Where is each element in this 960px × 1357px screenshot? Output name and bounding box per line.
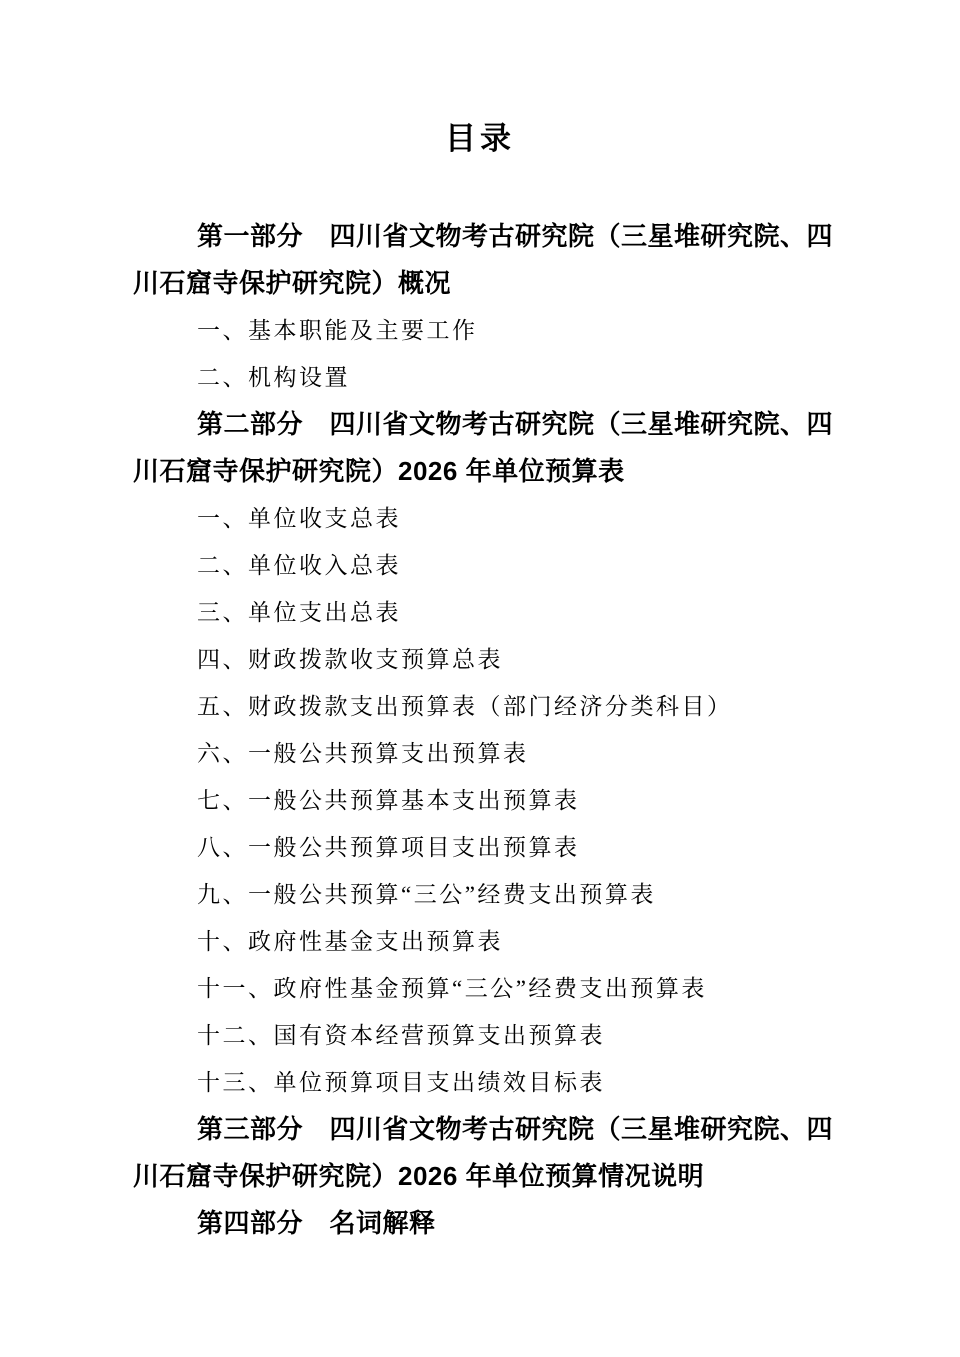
- toc-item-entry: 七、一般公共预算基本支出预算表: [133, 777, 834, 824]
- toc-entry-line: 第三部分 四川省文物考古研究院（三星堆研究院、四: [133, 1106, 834, 1153]
- toc-entry-line: 二、单位收入总表: [133, 542, 834, 589]
- toc-item-entry: 一、基本职能及主要工作: [133, 307, 834, 354]
- toc-item-entry: 四、财政拨款收支预算总表: [133, 636, 834, 683]
- toc-entry-line: 十一、政府性基金预算“三公”经费支出预算表: [133, 965, 834, 1012]
- toc-item-entry: 六、一般公共预算支出预算表: [133, 730, 834, 777]
- toc-entry-line: 第四部分 名词解释: [133, 1200, 834, 1247]
- document-page: 目录 第一部分 四川省文物考古研究院（三星堆研究院、四川石窟寺保护研究院）概况一…: [0, 0, 960, 1357]
- toc-section-entry: 第四部分 名词解释: [133, 1200, 834, 1247]
- toc-item-entry: 十、政府性基金支出预算表: [133, 918, 834, 965]
- toc-entry-line: 一、基本职能及主要工作: [133, 307, 834, 354]
- toc-entry-line: 八、一般公共预算项目支出预算表: [133, 824, 834, 871]
- toc-entry-line: 三、单位支出总表: [133, 589, 834, 636]
- toc-section-entry: 第三部分 四川省文物考古研究院（三星堆研究院、四川石窟寺保护研究院）2026 年…: [133, 1106, 834, 1200]
- toc-entry-line: 十二、国有资本经营预算支出预算表: [133, 1012, 834, 1059]
- toc-entry-line: 十、政府性基金支出预算表: [133, 918, 834, 965]
- toc-entry-line: 第一部分 四川省文物考古研究院（三星堆研究院、四: [133, 213, 834, 260]
- toc-item-entry: 二、机构设置: [133, 354, 834, 401]
- toc-entry-line: 二、机构设置: [133, 354, 834, 401]
- page-title: 目录: [0, 122, 960, 155]
- toc-item-entry: 十三、单位预算项目支出绩效目标表: [133, 1059, 834, 1106]
- toc-item-entry: 三、单位支出总表: [133, 589, 834, 636]
- toc-section-entry: 第二部分 四川省文物考古研究院（三星堆研究院、四川石窟寺保护研究院）2026 年…: [133, 401, 834, 495]
- toc-entry-line: 川石窟寺保护研究院）概况: [133, 260, 834, 307]
- toc-item-entry: 五、财政拨款支出预算表（部门经济分类科目）: [133, 683, 834, 730]
- toc-entry-line: 四、财政拨款收支预算总表: [133, 636, 834, 683]
- toc-item-entry: 八、一般公共预算项目支出预算表: [133, 824, 834, 871]
- toc-item-entry: 十一、政府性基金预算“三公”经费支出预算表: [133, 965, 834, 1012]
- toc-list: 第一部分 四川省文物考古研究院（三星堆研究院、四川石窟寺保护研究院）概况一、基本…: [133, 213, 834, 1247]
- toc-entry-line: 九、一般公共预算“三公”经费支出预算表: [133, 871, 834, 918]
- toc-entry-line: 一、单位收支总表: [133, 495, 834, 542]
- toc-entry-line: 川石窟寺保护研究院）2026 年单位预算情况说明: [133, 1153, 834, 1200]
- toc-item-entry: 九、一般公共预算“三公”经费支出预算表: [133, 871, 834, 918]
- toc-section-entry: 第一部分 四川省文物考古研究院（三星堆研究院、四川石窟寺保护研究院）概况: [133, 213, 834, 307]
- toc-item-entry: 十二、国有资本经营预算支出预算表: [133, 1012, 834, 1059]
- toc-item-entry: 二、单位收入总表: [133, 542, 834, 589]
- toc-item-entry: 一、单位收支总表: [133, 495, 834, 542]
- toc-entry-line: 五、财政拨款支出预算表（部门经济分类科目）: [133, 683, 834, 730]
- toc-entry-line: 川石窟寺保护研究院）2026 年单位预算表: [133, 448, 834, 495]
- toc-entry-line: 十三、单位预算项目支出绩效目标表: [133, 1059, 834, 1106]
- toc-entry-line: 六、一般公共预算支出预算表: [133, 730, 834, 777]
- toc-entry-line: 七、一般公共预算基本支出预算表: [133, 777, 834, 824]
- toc-entry-line: 第二部分 四川省文物考古研究院（三星堆研究院、四: [133, 401, 834, 448]
